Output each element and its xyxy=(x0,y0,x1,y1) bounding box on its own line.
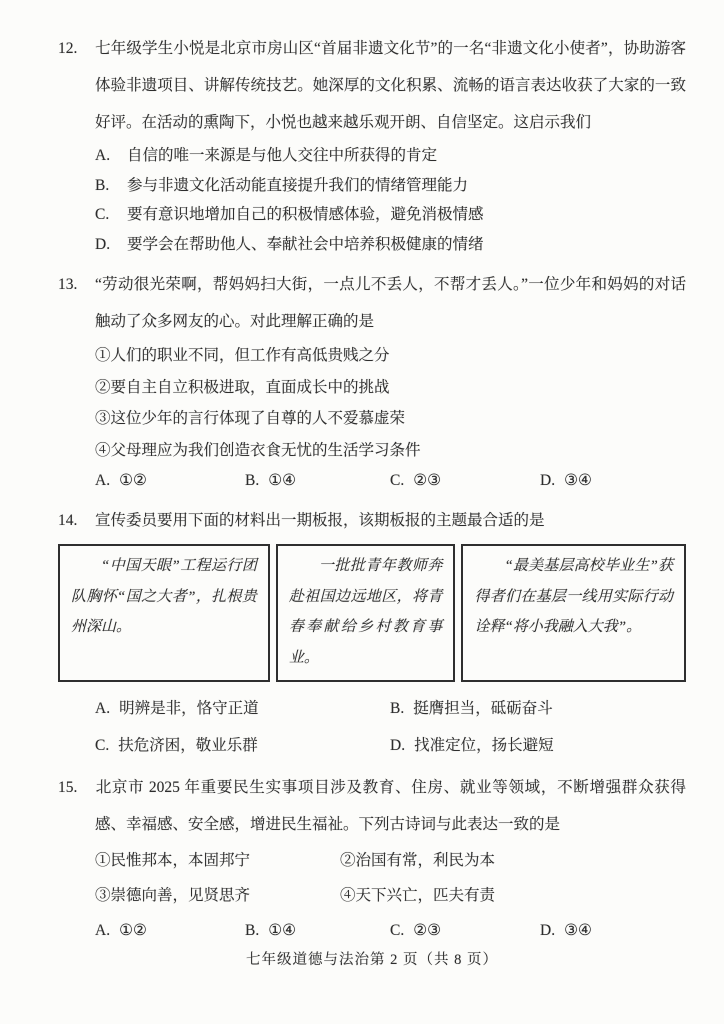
q12-option-d: D.要学会在帮助他人、奉献社会中培养积极健康的情绪 xyxy=(95,230,686,260)
q15-statement-3: ③崇德向善，见贤思齐 xyxy=(95,878,340,913)
q13-option-c: C.②③ xyxy=(390,466,540,496)
q15-option-d-text: ③④ xyxy=(564,922,592,939)
q14-option-a: A.明辨是非，恪守正道 xyxy=(95,691,390,728)
q15-option-a-label: A. xyxy=(95,922,110,939)
q13-option-b: B.①④ xyxy=(245,466,390,496)
q12-option-b: B.参与非遗文化活动能直接提升我们的情绪管理能力 xyxy=(95,171,686,201)
question-15-statements: ①民惟邦本，本固邦宁 ②治国有常，利民为本 ③崇德向善，见贤思齐 ④天下兴亡，匹… xyxy=(95,843,686,913)
q12-option-a-text: 自信的唯一来源是与他人交往中所获得的肯定 xyxy=(127,147,437,164)
q14-option-a-label: A. xyxy=(95,700,110,717)
q12-option-b-text: 参与非遗文化活动能直接提升我们的情绪管理能力 xyxy=(127,177,468,194)
q15-option-d: D.③④ xyxy=(540,914,686,948)
question-14-stem: 14.宣传委员要用下面的材料出一期板报，该期板报的主题最合适的是 xyxy=(58,502,686,539)
question-12-stem-text: 七年级学生小悦是北京市房山区“首届非遗文化节”的一名“非遗文化小使者”，协助游客… xyxy=(95,40,686,131)
q12-option-d-label: D. xyxy=(95,230,119,260)
q12-option-d-text: 要学会在帮助他人、奉献社会中培养积极健康的情绪 xyxy=(127,236,484,253)
material-box-2: 一批批青年教师奔赴祖国边远地区，将青春奉献给乡村教育事业。 xyxy=(276,544,456,682)
q13-option-d-label: D. xyxy=(540,472,555,489)
q14-option-b-text: 挺膺担当，砥砺奋斗 xyxy=(413,700,553,717)
q15-option-c: C.②③ xyxy=(390,914,540,948)
q15-option-c-text: ②③ xyxy=(413,922,441,939)
question-15-stem-text: 北京市 2025 年重要民生实事项目涉及教育、住房、就业等领域，不断增强群众获得… xyxy=(95,779,686,833)
exam-page: 12.七年级学生小悦是北京市房山区“首届非遗文化节”的一名“非遗文化小使者”，协… xyxy=(0,0,724,1024)
q13-option-a-label: A. xyxy=(95,472,110,489)
q15-option-b-label: B. xyxy=(245,922,259,939)
q14-option-d-text: 找准定位，扬长避短 xyxy=(414,737,554,754)
q15-option-c-label: C. xyxy=(390,922,404,939)
q14-option-a-text: 明辨是非，恪守正道 xyxy=(119,700,259,717)
question-14: 14.宣传委员要用下面的材料出一期板报，该期板报的主题最合适的是 “中国天眼”工… xyxy=(58,502,686,764)
question-15-options: A.①② B.①④ C.②③ D.③④ xyxy=(95,914,686,948)
question-14-number: 14. xyxy=(58,502,95,539)
question-15-number: 15. xyxy=(58,769,95,806)
question-15-stem: 15.北京市 2025 年重要民生实事项目涉及教育、住房、就业等领域，不断增强群… xyxy=(58,769,686,843)
material-box-1: “中国天眼”工程运行团队胸怀“国之大者”，扎根贵州深山。 xyxy=(58,544,270,682)
question-13-stem-text: “劳动很光荣啊，帮妈妈扫大街，一点儿不丢人，不帮才丢人。”一位少年和妈妈的对话触… xyxy=(95,276,686,330)
q13-statement-2: ②要自主自立积极进取，直面成长中的挑战 xyxy=(95,372,686,404)
q13-option-b-label: B. xyxy=(245,472,259,489)
question-12-options: A.自信的唯一来源是与他人交往中所获得的肯定 B.参与非遗文化活动能直接提升我们… xyxy=(95,141,686,259)
q14-option-d: D.找准定位，扬长避短 xyxy=(390,728,686,765)
q13-statement-4: ④父母理应为我们创造衣食无忧的生活学习条件 xyxy=(95,435,686,467)
q15-statement-2: ②治国有常，利民为本 xyxy=(340,843,686,878)
q13-option-a-text: ①② xyxy=(119,472,147,489)
question-13-number: 13. xyxy=(58,266,95,303)
q14-option-c: C.扶危济困，敬业乐群 xyxy=(95,728,390,765)
question-13-options: A.①② B.①④ C.②③ D.③④ xyxy=(95,466,686,496)
q14-option-c-text: 扶危济困，敬业乐群 xyxy=(118,737,258,754)
q15-statement-4: ④天下兴亡，匹夫有责 xyxy=(340,878,686,913)
q15-option-a: A.①② xyxy=(95,914,245,948)
question-14-stem-text: 宣传委员要用下面的材料出一期板报，该期板报的主题最合适的是 xyxy=(95,512,545,529)
q14-option-b-label: B. xyxy=(390,700,404,717)
q15-option-d-label: D. xyxy=(540,922,555,939)
question-12-number: 12. xyxy=(58,30,95,67)
q12-option-c-text: 要有意识地增加自己的积极情感体验，避免消极情感 xyxy=(127,206,484,223)
q13-option-c-text: ②③ xyxy=(413,472,441,489)
q14-option-c-label: C. xyxy=(95,737,109,754)
q13-option-c-label: C. xyxy=(390,472,404,489)
q13-option-b-text: ①④ xyxy=(268,472,296,489)
question-12-stem: 12.七年级学生小悦是北京市房山区“首届非遗文化节”的一名“非遗文化小使者”，协… xyxy=(58,30,686,141)
q15-option-a-text: ①② xyxy=(119,922,147,939)
question-13: 13.“劳动很光荣啊，帮妈妈扫大街，一点儿不丢人，不帮才丢人。”一位少年和妈妈的… xyxy=(58,266,686,496)
q12-option-c-label: C. xyxy=(95,200,119,230)
q13-option-d-text: ③④ xyxy=(564,472,592,489)
q12-option-a: A.自信的唯一来源是与他人交往中所获得的肯定 xyxy=(95,141,686,171)
question-13-stem: 13.“劳动很光荣啊，帮妈妈扫大街，一点儿不丢人，不帮才丢人。”一位少年和妈妈的… xyxy=(58,266,686,340)
page-footer: 七年级道德与法治第 2 页（共 8 页） xyxy=(58,948,686,1024)
q12-option-c: C.要有意识地增加自己的积极情感体验，避免消极情感 xyxy=(95,200,686,230)
question-12: 12.七年级学生小悦是北京市房山区“首届非遗文化节”的一名“非遗文化小使者”，协… xyxy=(58,30,686,259)
q14-option-d-label: D. xyxy=(390,737,405,754)
question-14-options: A.明辨是非，恪守正道 B.挺膺担当，砥砺奋斗 C.扶危济困，敬业乐群 D.找准… xyxy=(95,691,686,764)
q12-option-b-label: B. xyxy=(95,171,119,201)
material-box-3: “最美基层高校毕业生”获得者们在基层一线用实际行动诠释“将小我融入大我”。 xyxy=(461,544,686,682)
q14-option-b: B.挺膺担当，砥砺奋斗 xyxy=(390,691,686,728)
q13-statement-1: ①人们的职业不同，但工作有高低贵贱之分 xyxy=(95,340,686,372)
q15-option-b: B.①④ xyxy=(245,914,390,948)
q13-option-a: A.①② xyxy=(95,466,245,496)
q13-option-d: D.③④ xyxy=(540,466,686,496)
q15-statement-1: ①民惟邦本，本固邦宁 xyxy=(95,843,340,878)
question-13-statements: ①人们的职业不同，但工作有高低贵贱之分 ②要自主自立积极进取，直面成长中的挑战 … xyxy=(95,340,686,466)
q12-option-a-label: A. xyxy=(95,141,119,171)
question-14-materials: “中国天眼”工程运行团队胸怀“国之大者”，扎根贵州深山。 一批批青年教师奔赴祖国… xyxy=(58,544,686,682)
q15-option-b-text: ①④ xyxy=(268,922,296,939)
question-15: 15.北京市 2025 年重要民生实事项目涉及教育、住房、就业等领域，不断增强群… xyxy=(58,769,686,948)
q13-statement-3: ③这位少年的言行体现了自尊的人不爱慕虚荣 xyxy=(95,403,686,435)
